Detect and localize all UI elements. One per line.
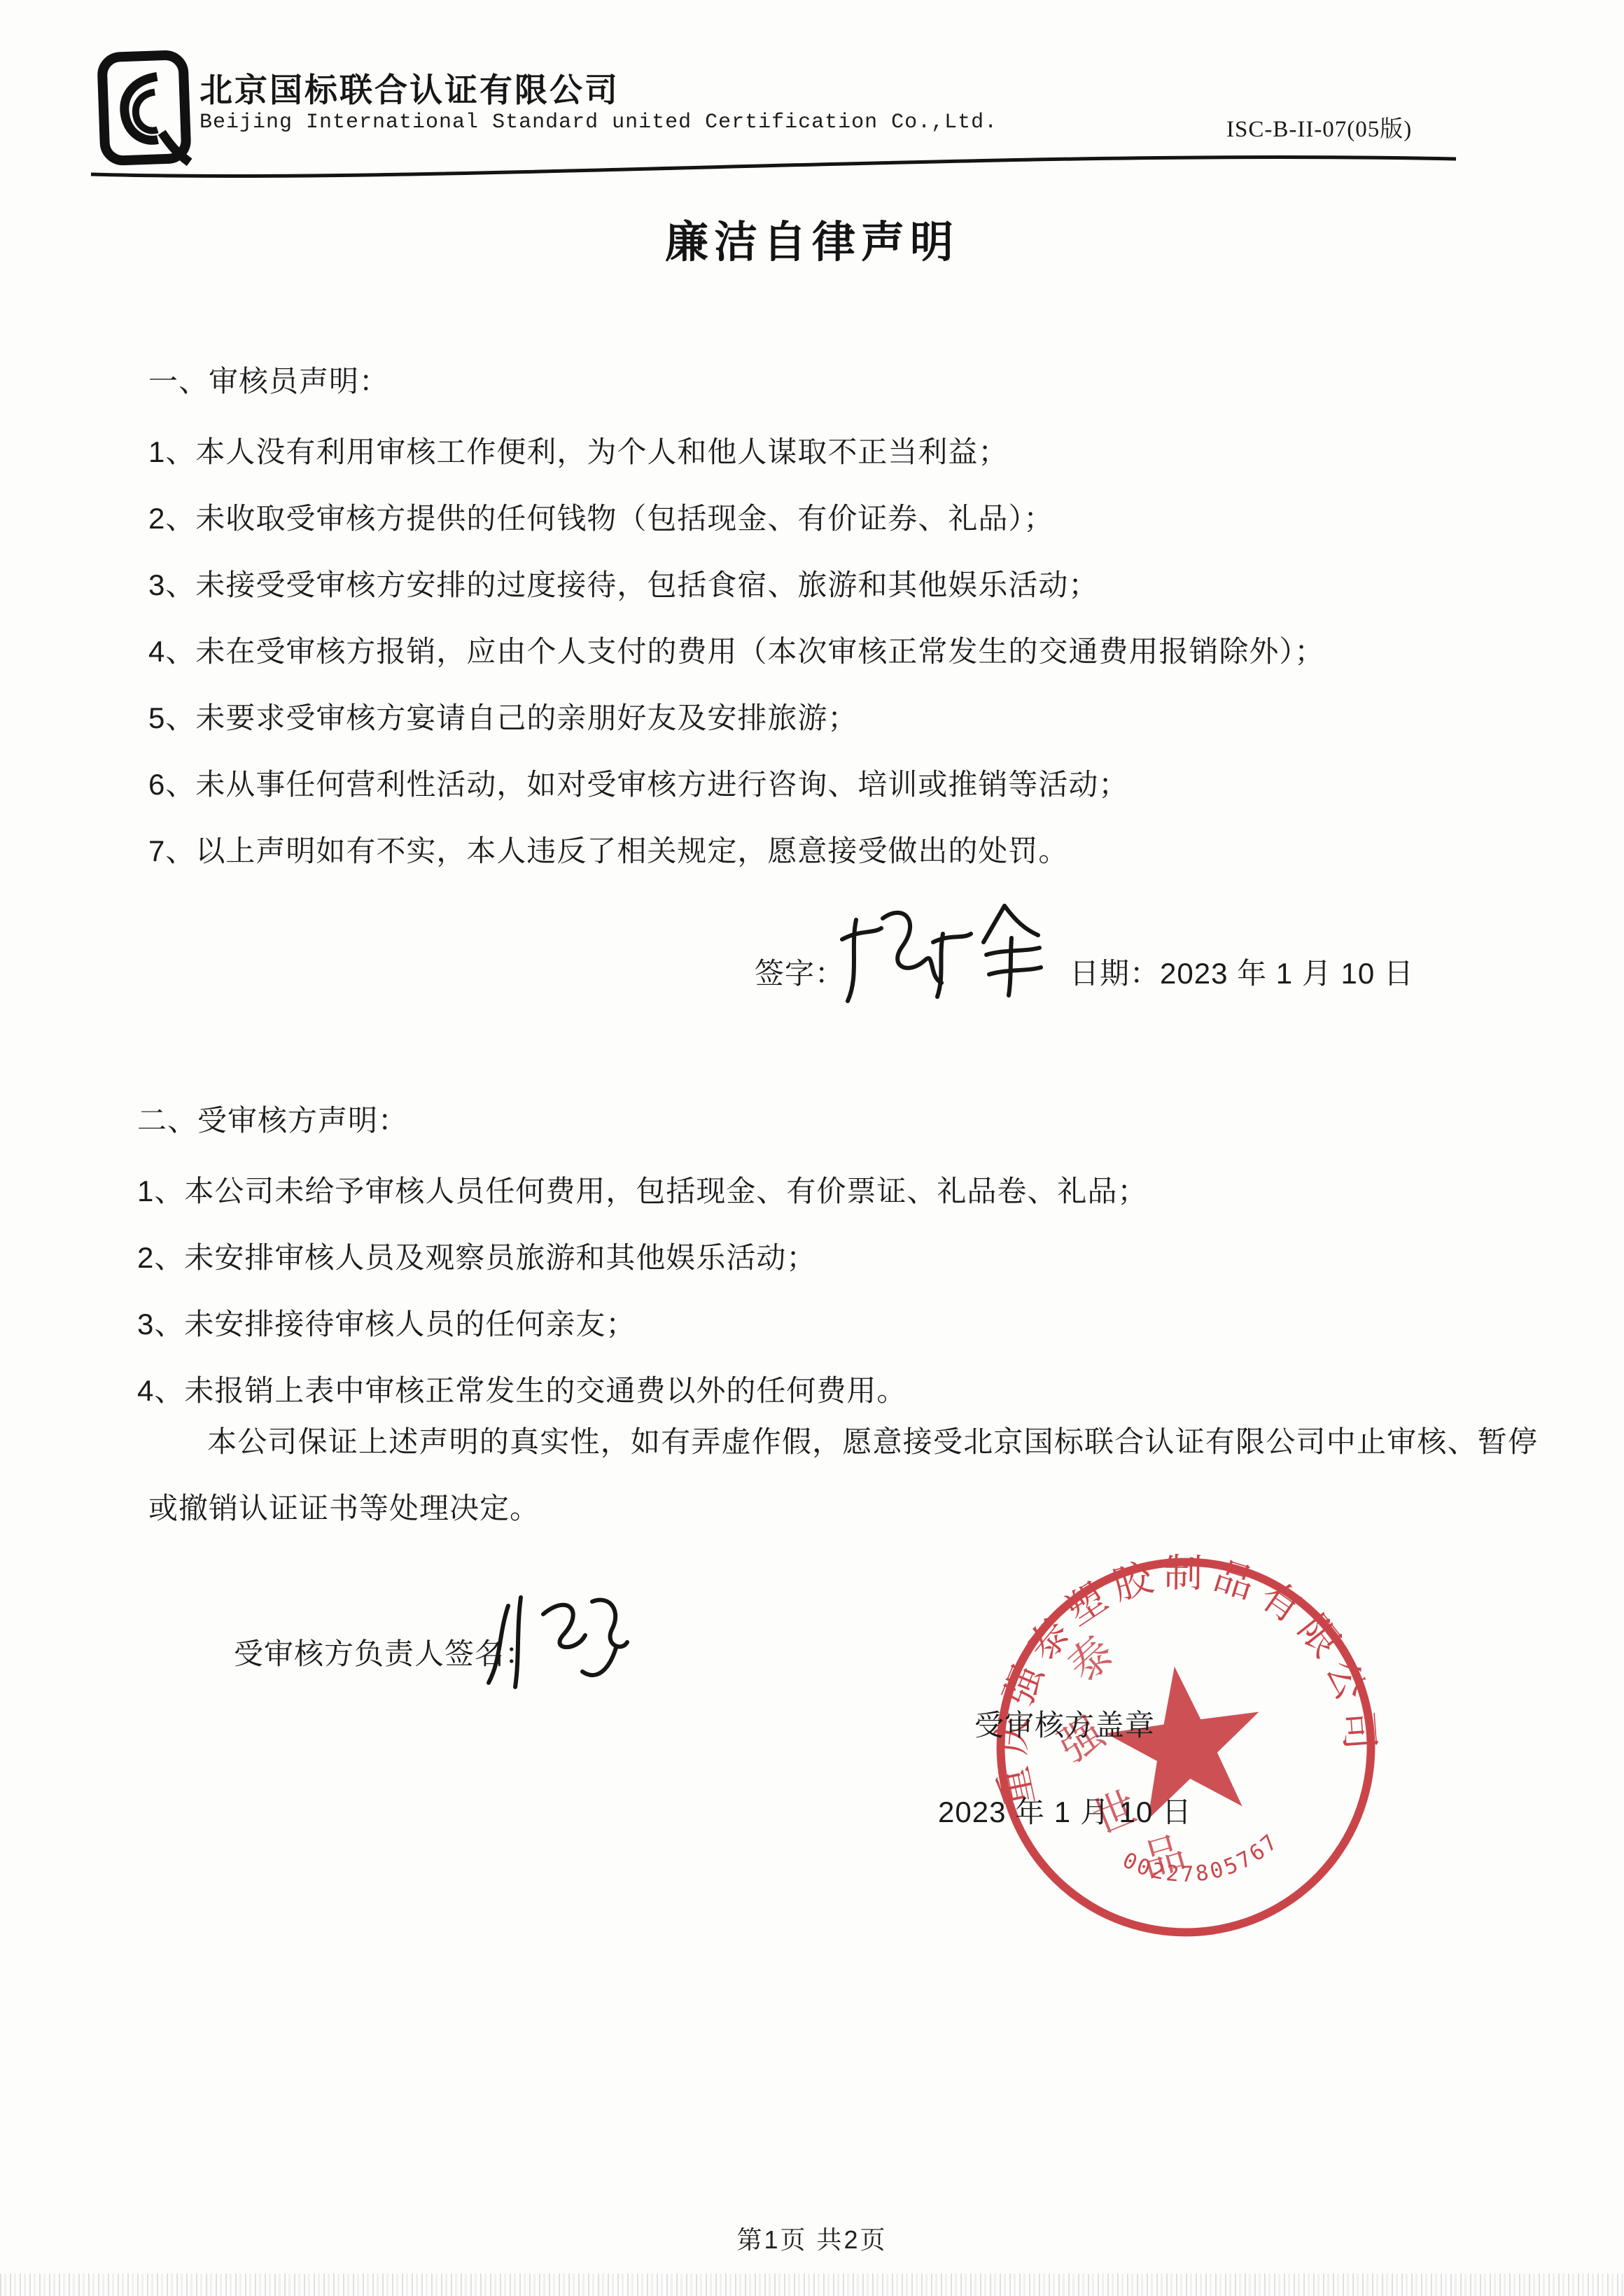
declaration-item: 2、未安排审核人员及观察员旅游和其他娱乐活动； [137,1243,1551,1273]
header-rule [0,143,1624,196]
stamp-date: 2023 年 1 月 10 日 [938,1789,1192,1831]
principal-handwritten-signature [476,1581,651,1703]
date-label: 日期： [1070,957,1160,990]
date-value: 2023 年 1 月 10 日 [1160,957,1414,990]
declaration-item: 2、未收取受审核方提供的任何钱物（包括现金、有价证券、礼品）； [148,504,1548,533]
declaration-item: 5、未要求受审核方宴请自己的亲朋好友及安排旅游； [148,703,1548,733]
auditor-declaration-heading: 一、审核员声明： [148,358,1548,400]
declaration-item: 6、未从事任何营利性活动，如对受审核方进行咨询、培训或推销等活动； [148,770,1548,799]
auditor-declaration-section: 一、审核员声明： 1、本人没有利用审核工作便利，为个人和他人谋取不正当利益； 2… [148,358,1548,903]
auditor-handwritten-signature [836,890,1067,1027]
declaration-item: 4、未在受审核方报销，应由个人支付的费用（本次审核正常发生的交通费用报销除外）； [148,637,1548,666]
declaration-item: 4、未报销上表中审核正常发生的交通费以外的任何费用。 [137,1376,1551,1406]
company-seal: 重庆强泰塑胶制品有限公司 5002278057674 泰 强 世 品 [979,1540,1393,1958]
page-title: 廉洁自律声明 [0,207,1624,269]
scanned-document-page: 北京国标联合认证有限公司 Beijing International Stand… [0,0,1624,2296]
date-row: 日期：2023 年 1 月 10 日 [1070,951,1414,993]
company-name-cn: 北京国标联合认证有限公司 [199,64,619,111]
auditee-declaration-heading: 二、受审核方声明： [137,1098,1551,1140]
form-code: ISC-B-II-07(05版) [1226,111,1412,143]
company-name-en: Beijing International Standard united Ce… [199,111,997,134]
declaration-item: 7、以上声明如有不实，本人违反了相关规定，愿意接受做出的处罚。 [148,836,1548,866]
page-footer: 第1页 共2页 [0,2220,1624,2256]
auditee-declaration-section: 二、受审核方声明： 1、本公司未给予审核人员任何费用，包括现金、有价票证、礼品卷… [137,1098,1551,1443]
declaration-item: 3、未安排接待审核人员的任何亲友； [137,1310,1551,1339]
declaration-item: 1、本公司未给予审核人员任何费用，包括现金、有价票证、礼品卷、礼品； [137,1177,1551,1206]
declaration-item: 1、本人没有利用审核工作便利，为个人和他人谋取不正当利益； [148,437,1548,467]
scan-artifact-strip [0,2274,1624,2296]
stamp-label: 受审核方盖章 [974,1702,1155,1744]
declaration-item: 3、未接受受审核方安排的过度接待，包括食宿、旅游和其他娱乐活动； [148,570,1548,600]
signature-label: 签字： [755,951,845,993]
